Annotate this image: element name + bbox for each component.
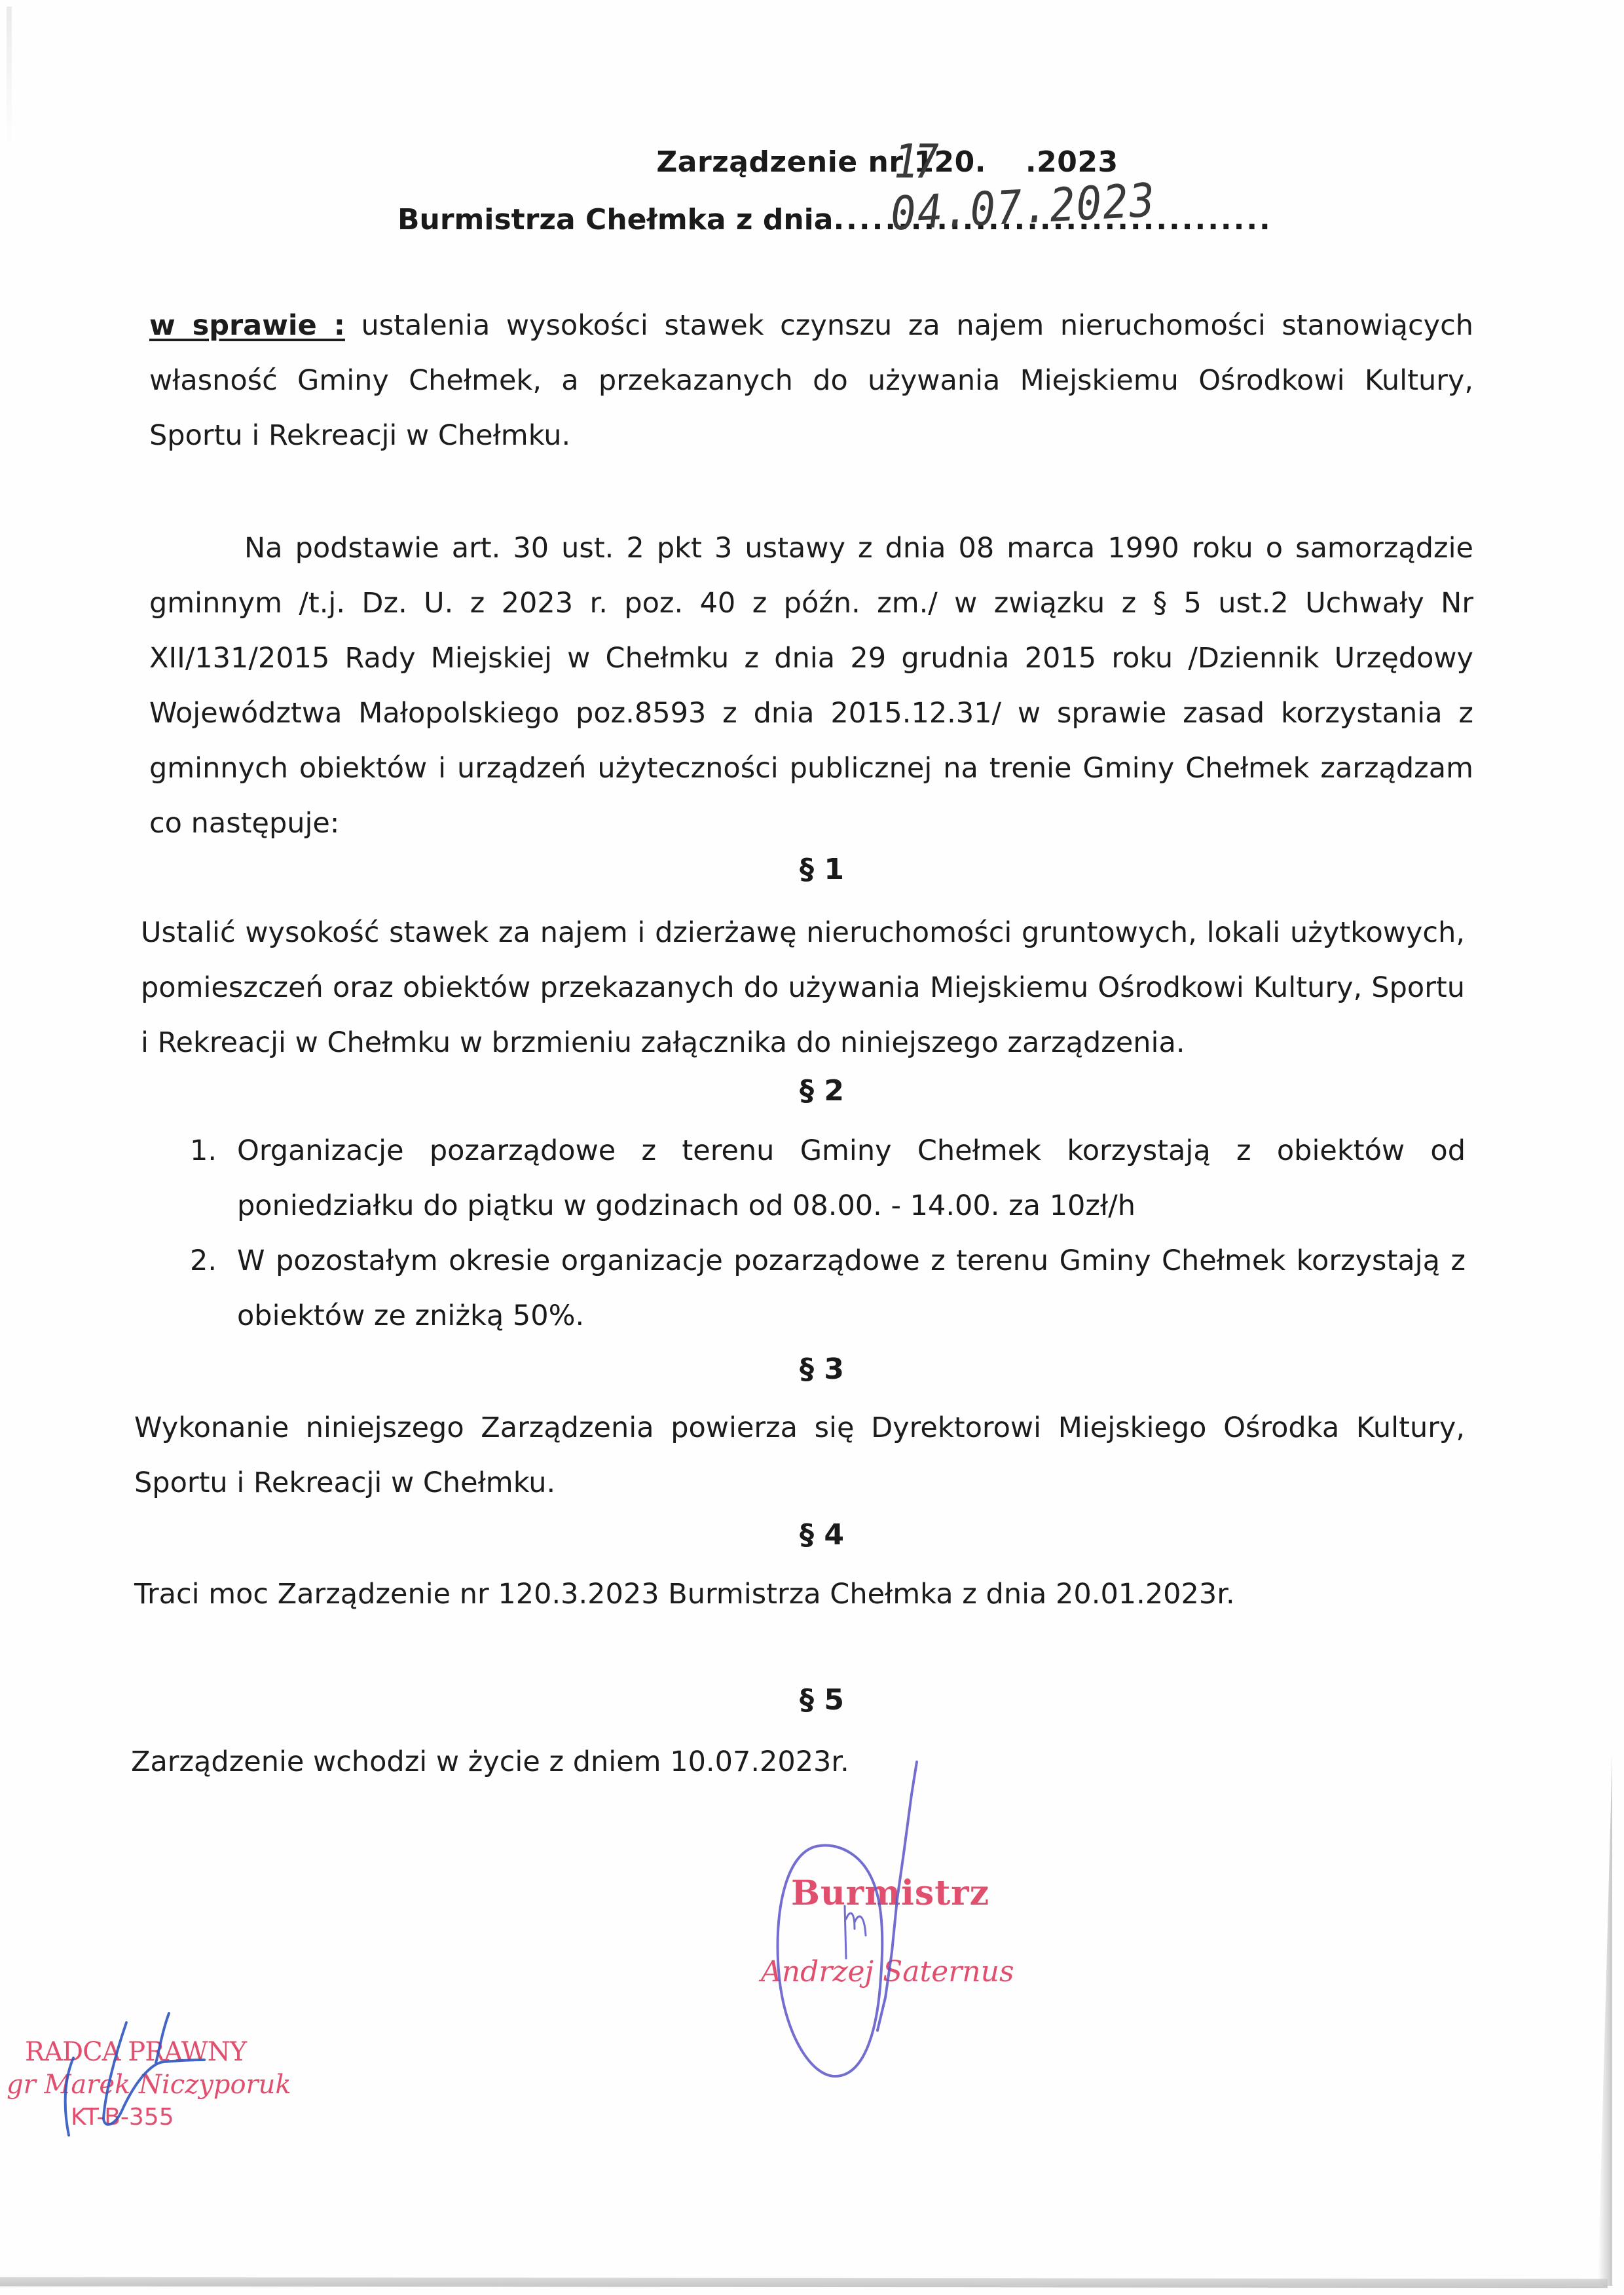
legal-counsel-stamp-name: gr Marek Niczyporuk [7, 2070, 291, 2100]
section-3-mark: § 3 [800, 1353, 844, 1386]
scan-edge-shadow-bottom [0, 2277, 1608, 2288]
section-1-heading: § 1 [0, 853, 1624, 886]
section-3-text: Wykonanie niniejszego Zarządzenia powier… [134, 1400, 1465, 1510]
matter-text: ustalenia wysokości stawek czynszu za na… [149, 309, 1473, 452]
list-item-number: 1. [190, 1123, 217, 1178]
section-3-heading: § 3 [0, 1353, 1624, 1386]
document-page: Zarządzenie nr 120..2023 17 Burmistrza C… [0, 0, 1624, 2295]
scan-edge-shadow-right [1598, 1755, 1612, 2286]
scan-edge-shadow-left [7, 7, 12, 151]
matter-label: w sprawie : [149, 309, 345, 342]
section-4-mark: § 4 [800, 1518, 844, 1552]
title-suffix: .2023 [1025, 145, 1118, 179]
document-title: Zarządzenie nr 120..2023 [0, 145, 1624, 179]
section-2-heading: § 2 [0, 1074, 1624, 1108]
legal-counsel-stamp-title: RADCA PRAWNY [25, 2037, 246, 2067]
section-2-mark: § 2 [800, 1074, 844, 1108]
section-2-list: 1. Organizacje pozarządowe z terenu Gmin… [190, 1123, 1466, 1343]
section-1-text: Ustalić wysokość stawek za najem i dzier… [141, 905, 1465, 1070]
legal-counsel-stamp-number: KT-B-355 [71, 2104, 174, 2131]
list-item-text: Organizacje pozarządowe z terenu Gminy C… [237, 1134, 1466, 1222]
list-item: 2. W pozostałym okresie organizacje poza… [190, 1233, 1466, 1343]
mayor-stamp: Burmistrz Andrzej Saternus [740, 1873, 1015, 2030]
list-item-number: 2. [190, 1233, 217, 1288]
handwritten-order-number: 17 [894, 134, 935, 189]
list-item-text: W pozostałym okresie organizacje pozarzą… [237, 1244, 1466, 1332]
section-1-mark: § 1 [800, 853, 844, 886]
legal-basis-paragraph: Na podstawie art. 30 ust. 2 pkt 3 ustawy… [149, 521, 1473, 851]
mayor-stamp-title: Burmistrz [791, 1873, 989, 1913]
section-5-heading: § 5 [0, 1683, 1624, 1717]
matter-paragraph: w sprawie : ustalenia wysokości stawek c… [149, 298, 1473, 463]
legal-counsel-stamp: RADCA PRAWNY gr Marek Niczyporuk KT-B-35… [0, 2030, 275, 2135]
title-prefix: Zarządzenie nr 120. [656, 145, 986, 179]
section-4-text: Traci moc Zarządzenie nr 120.3.2023 Burm… [134, 1567, 1465, 1622]
mayor-stamp-name: Andrzej Saternus [761, 1955, 1014, 1988]
section-5-mark: § 5 [800, 1683, 844, 1717]
section-5-text: Zarządzenie wchodzi w życie z dniem 10.0… [131, 1734, 1462, 1789]
list-item: 1. Organizacje pozarządowe z terenu Gmin… [190, 1123, 1466, 1233]
subtitle-prefix: Burmistrza Chełmka z dnia [397, 203, 833, 236]
section-4-heading: § 4 [0, 1518, 1624, 1552]
